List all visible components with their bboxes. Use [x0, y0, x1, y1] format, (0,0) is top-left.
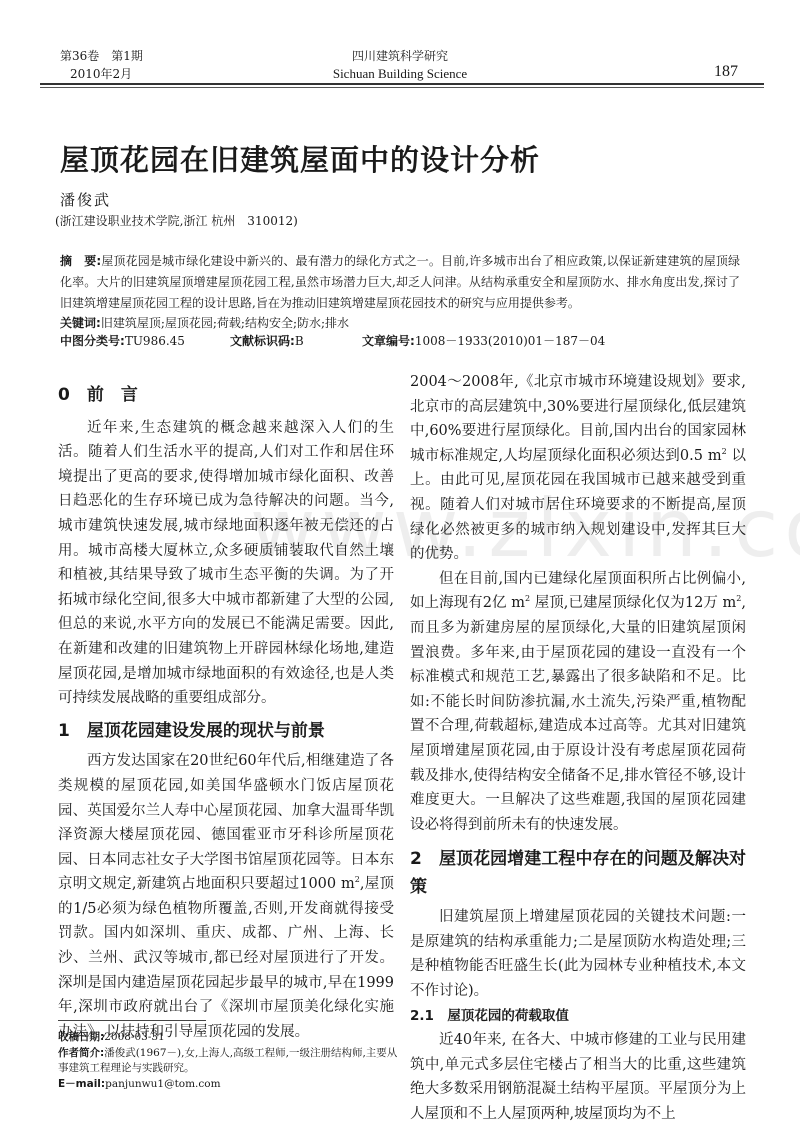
clc-label: 中图分类号:	[60, 334, 125, 348]
section-1-paragraph: 西方发达国家在20世纪60年代后,相继建造了各类规模的屋顶花园,如美国华盛顿水门…	[58, 749, 394, 1044]
left-column: 0 前 言 近年来,生态建筑的概念越来越深入人们的生活。随着人们生活水平的提高,…	[58, 383, 394, 1044]
journal-name-en: Sichuan Building Science	[0, 65, 800, 83]
section-0-heading: 0 前 言	[58, 383, 394, 408]
received-date: 收稿日期:2008-03-31	[58, 1030, 398, 1046]
abstract: 摘 要:屋顶花园是城市绿化建设中新兴的、最有潜力的绿化方式之一。目前,许多城市出…	[60, 251, 740, 314]
article-number: 文章编号:1008－1933(2010)01－187－04	[362, 332, 605, 350]
keywords-label: 关键词:	[60, 316, 101, 330]
document-code: 文献标识码:B	[230, 332, 362, 350]
keywords-text: 旧建筑屋顶;屋顶花园;荷载;结构安全;防水;排水	[101, 316, 349, 330]
section-2-1-heading: 2.1 屋顶花园的荷载取值	[410, 1004, 746, 1029]
article-title: 屋顶花园在旧建筑屋面中的设计分析	[60, 138, 540, 179]
paragraph-continued: 2004～2008年,《北京市城市环境建设规划》要求,北京市的高层建筑中,30%…	[410, 370, 746, 567]
author-bio: 作者简介:潘俊武(1967－),女,上海人,高级工程师,一级注册结构师,主要从事…	[58, 1046, 398, 1077]
header-rule	[40, 83, 764, 85]
article-no-label: 文章编号:	[362, 334, 415, 348]
doc-code-label: 文献标识码:	[230, 334, 295, 348]
paragraph: 但在目前,国内已建绿化屋顶面积所占比例偏小,如上海现有2亿 m2 屋顶,已建屋顶…	[410, 567, 746, 838]
section-0-paragraph: 近年来,生态建筑的概念越来越深入人们的生活。随着人们生活水平的提高,人们对工作和…	[58, 416, 394, 711]
abstract-text: 屋顶花园是城市绿化建设中新兴的、最有潜力的绿化方式之一。目前,许多城市出台了相应…	[60, 254, 740, 310]
section-2-1-paragraph: 近40年来, 在各大、中城市修建的工业与民用建筑中,单元式多层住宅楼占了相当大的…	[410, 1028, 746, 1126]
classification-line: 中图分类号:TU986.45文献标识码:B文章编号:1008－1933(2010…	[60, 332, 760, 350]
author-affiliation: (浙江建设职业技术学院,浙江 杭州 310012)	[55, 212, 298, 229]
journal-name-cn: 四川建筑科学研究	[0, 47, 800, 65]
author-name: 潘俊武	[60, 189, 111, 210]
abstract-label: 摘 要:	[60, 254, 101, 268]
footnote: 收稿日期:2008-03-31 作者简介:潘俊武(1967－),女,上海人,高级…	[58, 1030, 398, 1092]
header-rule-thin	[40, 87, 764, 88]
page-number: 187	[714, 63, 738, 81]
right-column: 2004～2008年,《北京市城市环境建设规划》要求,北京市的高层建筑中,30%…	[410, 370, 746, 1127]
clc-number: 中图分类号:TU986.45	[60, 332, 230, 350]
doc-code-value: B	[295, 334, 304, 348]
keywords: 关键词:旧建筑屋顶;屋顶花园;荷载;结构安全;防水;排水	[60, 314, 349, 332]
section-1-heading: 1 屋顶花园建设发展的现状与前景	[58, 719, 394, 744]
section-2-heading: 2 屋顶花园增建工程中存在的问题及解决对策	[410, 845, 746, 901]
clc-value: TU986.45	[125, 334, 185, 348]
section-2-paragraph: 旧建筑屋顶上增建屋顶花园的关键技术问题:一是原建筑的结构承重能力;二是屋顶防水构…	[410, 905, 746, 1003]
article-no-value: 1008－1933(2010)01－187－04	[415, 334, 605, 348]
journal-name: 四川建筑科学研究 Sichuan Building Science	[0, 47, 800, 83]
author-email: E－mail:panjunwu1@tom.com	[58, 1077, 398, 1093]
email-link[interactable]: panjunwu1@tom.com	[105, 1078, 220, 1090]
footnote-rule	[58, 1020, 206, 1021]
